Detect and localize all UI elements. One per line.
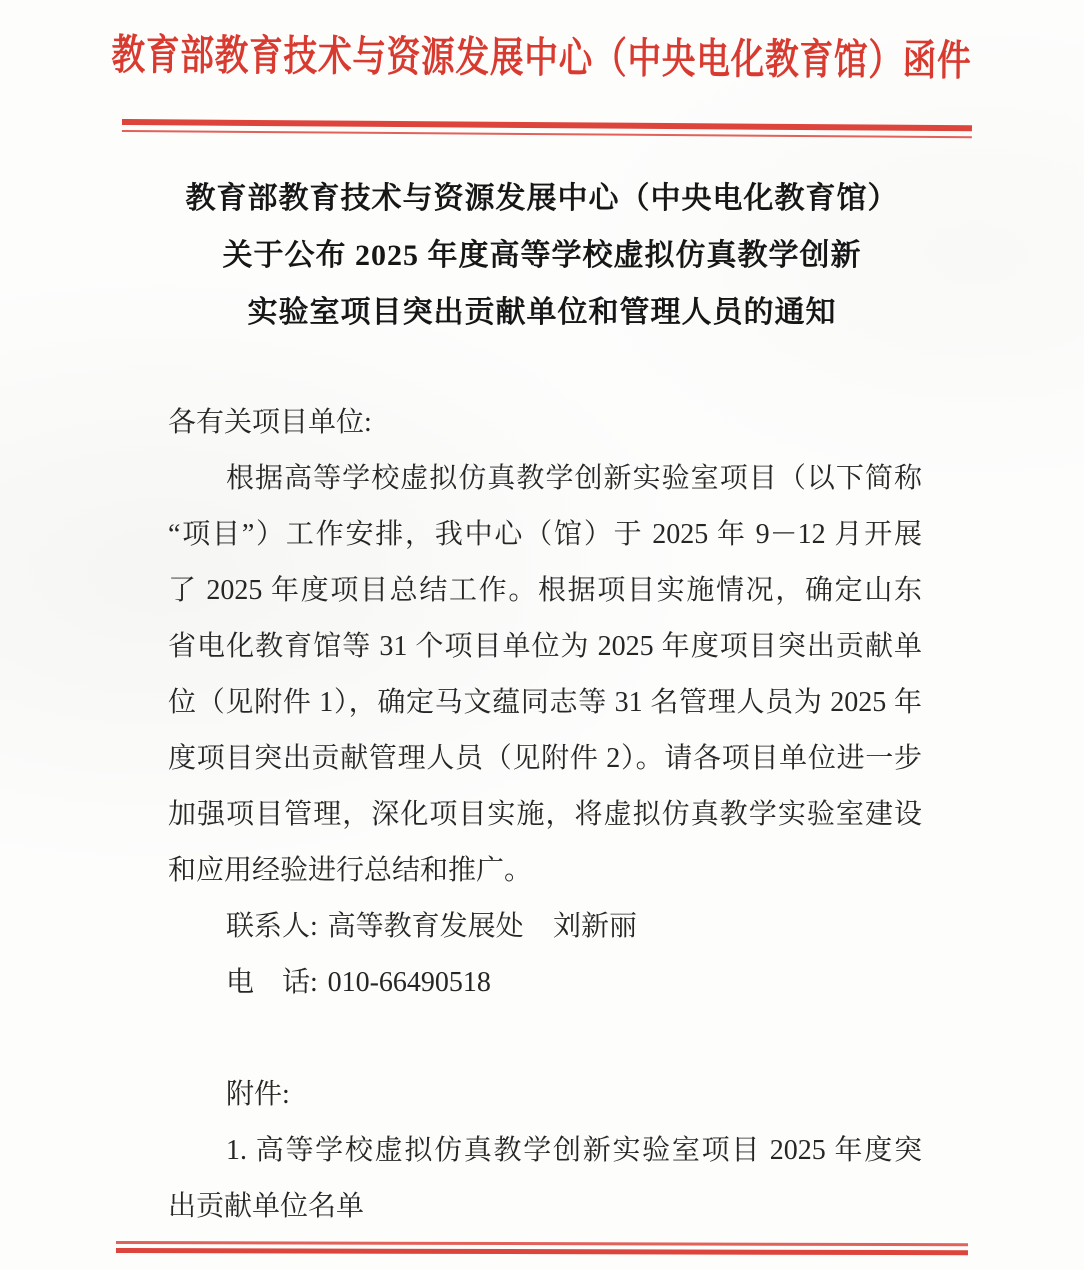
attachment-item-line: 出贡献单位名单 — [168, 1179, 922, 1235]
letterhead-banner-text: 教育部教育技术与资源发展中心（中央电化教育馆）函件 — [112, 21, 972, 97]
phone-number: 010-66490518 — [328, 967, 491, 998]
phone-line: 电 话:010-66490518 — [168, 955, 922, 1011]
paragraph-line: 了 2025 年度项目总结工作。根据项目实施情况，确定山东 — [168, 563, 922, 619]
document-page: 教育部教育技术与资源发展中心（中央电化教育馆）函件 教育部教育技术与资源发展中心… — [0, 0, 1084, 1270]
footer-double-rule — [116, 1241, 968, 1255]
contact-person-line: 联系人:高等教育发展处刘新丽 — [168, 899, 922, 955]
contact-department: 高等教育发展处 — [328, 911, 524, 942]
title-line-3: 实验室项目突出贡献单位和管理人员的通知 — [0, 284, 1084, 341]
blank-line — [168, 1011, 922, 1067]
document-title: 教育部教育技术与资源发展中心（中央电化教育馆） 关于公布 2025 年度高等学校… — [0, 170, 1084, 341]
title-line-1: 教育部教育技术与资源发展中心（中央电化教育馆） — [0, 170, 1084, 227]
paragraph-line: 加强项目管理，深化项目实施，将虚拟仿真教学实验室建设 — [168, 787, 922, 843]
title-line-2: 关于公布 2025 年度高等学校虚拟仿真教学创新 — [0, 227, 1084, 284]
contact-name: 刘新丽 — [553, 911, 637, 942]
paragraph-line: “项目”）工作安排，我中心（馆）于 2025 年 9－12 月开展 — [168, 507, 922, 563]
letterhead-banner: 教育部教育技术与资源发展中心（中央电化教育馆）函件 — [0, 20, 1084, 98]
header-double-rule — [122, 119, 972, 138]
phone-label: 电 话: — [226, 967, 318, 998]
paragraph-line: 度项目突出贡献管理人员（见附件 2）。请各项目单位进一步 — [168, 731, 922, 787]
paragraph-line: 位（见附件 1），确定马文蕴同志等 31 名管理人员为 2025 年 — [168, 675, 922, 731]
rule-thick-line — [116, 1248, 968, 1255]
contact-label: 联系人: — [226, 911, 318, 942]
attachments-heading: 附件: — [168, 1067, 922, 1123]
paragraph-line: 省电化教育馆等 31 个项目单位为 2025 年度项目突出贡献单 — [168, 619, 922, 675]
document-body: 各有关项目单位: 根据高等学校虚拟仿真教学创新实验室项目（以下简称 “项目”）工… — [168, 395, 922, 1235]
attachment-item-line: 1. 高等学校虚拟仿真教学创新实验室项目 2025 年度突 — [168, 1123, 922, 1179]
salutation-line: 各有关项目单位: — [168, 395, 922, 451]
paragraph-line: 和应用经验进行总结和推广。 — [168, 843, 922, 899]
paragraph-line: 根据高等学校虚拟仿真教学创新实验室项目（以下简称 — [168, 451, 922, 507]
